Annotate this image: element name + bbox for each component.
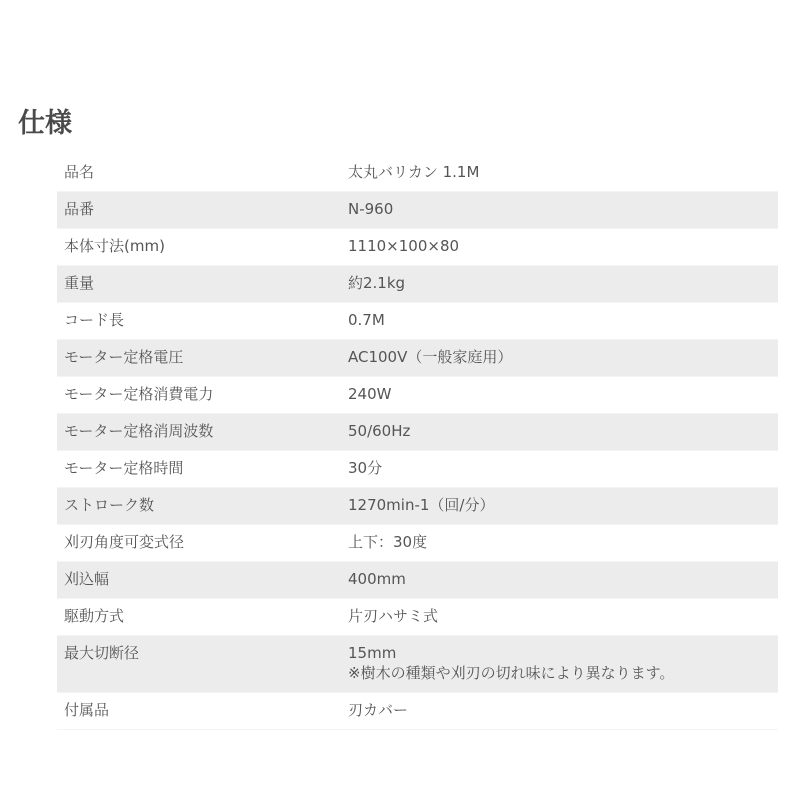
spec-value: 1110×100×80 [341,229,778,266]
spec-label: 刈刃角度可変式径 [57,525,341,562]
spec-value: 50/60Hz [341,414,778,451]
spec-label: 品名 [57,155,341,192]
spec-value: AC100V（一般家庭用） [341,340,778,377]
spec-label: モーター定格時間 [57,451,341,488]
spec-value: 約2.1kg [341,266,778,303]
table-row: 刈刃角度可変式径 上下：30度 [57,525,778,562]
spec-value: 0.7M [341,303,778,340]
table-row: モーター定格時間 30分 [57,451,778,488]
spec-label: モーター定格消費電力 [57,377,341,414]
spec-value: 刃カバー [341,693,778,730]
spec-label: 重量 [57,266,341,303]
spec-table: 品名 太丸バリカン 1.1M 品番 N-960 本体寸法(mm) 1110×10… [57,155,778,730]
spec-label: モーター定格消周波数 [57,414,341,451]
spec-value: 15mm [348,644,396,662]
table-row: 本体寸法(mm) 1110×100×80 [57,229,778,266]
table-row: 品名 太丸バリカン 1.1M [57,155,778,192]
spec-value: 1270min-1（回/分） [341,488,778,525]
spec-value: 400mm [341,562,778,599]
spec-label: モーター定格電圧 [57,340,341,377]
spec-label: コード長 [57,303,341,340]
table-row: 刈込幅 400mm [57,562,778,599]
spec-label: 刈込幅 [57,562,341,599]
spec-label: 本体寸法(mm) [57,229,341,266]
spec-value-cell: 15mm ※樹木の種類や刈刃の切れ味により異なります。 [341,636,778,693]
spec-label: 駆動方式 [57,599,341,636]
spec-value: 片刃ハサミ式 [341,599,778,636]
table-row: モーター定格消周波数 50/60Hz [57,414,778,451]
spec-value: 上下：30度 [341,525,778,562]
spec-value: 太丸バリカン 1.1M [341,155,778,192]
spec-value: N-960 [341,192,778,229]
spec-note: ※樹木の種類や刈刃の切れ味により異なります。 [348,664,778,682]
page-title: 仕様 [18,106,72,142]
table-row: モーター定格消費電力 240W [57,377,778,414]
table-row: 付属品 刃カバー [57,693,778,730]
spec-label: ストローク数 [57,488,341,525]
table-row: コード長 0.7M [57,303,778,340]
spec-label: 付属品 [57,693,341,730]
spec-label: 品番 [57,192,341,229]
table-row: 駆動方式 片刃ハサミ式 [57,599,778,636]
spec-value: 240W [341,377,778,414]
table-row: ストローク数 1270min-1（回/分） [57,488,778,525]
spec-value: 30分 [341,451,778,488]
spec-label: 最大切断径 [57,636,341,693]
table-row: 重量 約2.1kg [57,266,778,303]
table-row: 最大切断径 15mm ※樹木の種類や刈刃の切れ味により異なります。 [57,636,778,693]
table-row: 品番 N-960 [57,192,778,229]
table-row: モーター定格電圧 AC100V（一般家庭用） [57,340,778,377]
